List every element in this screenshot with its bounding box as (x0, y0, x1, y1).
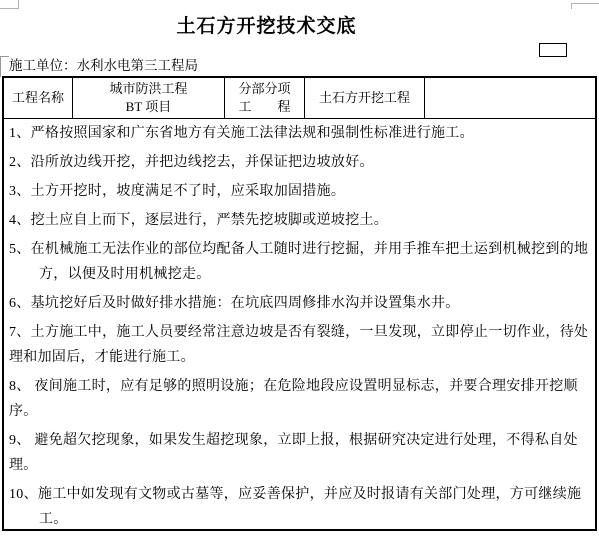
instruction-line: 5、在机械施工无法作业的部位均配备人工随时进行挖掘，并用手推车把土运到机械挖到的… (9, 237, 591, 262)
instruction-line: 2、沿所放边线开挖，并把边线挖去，并保证把边坡放好。 (9, 150, 591, 175)
document-page: 土石方开挖技术交底 施工单位：水利水电第三工程局 工程名称 城市防洪工程 BT … (0, 0, 599, 536)
division-label-cell: 分部分项 工 程 (225, 78, 305, 118)
instruction-line: 6、基坑挖好后及时做好排水措施：在坑底四周修排水沟并设置集水井。 (9, 291, 591, 316)
instruction-line: 序。 (9, 399, 591, 424)
instruction-item: 10、施工中如发现有文物或古墓等，应妥善保护，并应及时报请有关部门处理，方可继续… (9, 482, 591, 527)
border-fragment-top-right (571, 3, 599, 9)
remark-cell (425, 78, 595, 118)
instruction-item: 4、挖土应自上而下，逐层进行，严禁先挖坡脚或逆坡挖土。 (9, 208, 591, 233)
construction-unit-label: 施工单位： (9, 58, 77, 73)
project-name-value-cell: 城市防洪工程 BT 项目 (73, 78, 225, 118)
instruction-item: 5、在机械施工无法作业的部位均配备人工随时进行挖掘，并用手推车把土运到机械挖到的… (9, 237, 591, 287)
document-title: 土石方开挖技术交底 (0, 11, 533, 38)
items-list: 1、严格按照国家和广东省地方有关施工法律法规和强制性标准进行施工。2、沿所放边线… (4, 119, 595, 527)
division-label-line2: 工 程 (238, 98, 290, 116)
border-fragment-top-left (0, 0, 19, 9)
instruction-item: 6、基坑挖好后及时做好排水措施：在坑底四周修排水沟并设置集水井。 (9, 291, 591, 316)
instruction-item: 7、土方施工中，施工人员要经常注意边坡是否有裂缝，一旦发现，立即停止一切作业，待… (9, 320, 591, 370)
construction-unit-row: 施工单位：水利水电第三工程局 (9, 56, 198, 76)
instruction-item: 2、沿所放边线开挖，并把边线挖去，并保证把边坡放好。 (9, 150, 591, 175)
project-name-label-cell: 工程名称 (4, 78, 73, 118)
instruction-line: 3、土方开挖时，坡度满足不了时，应采取加固措施。 (9, 179, 591, 204)
instruction-line: 10、施工中如发现有文物或古墓等，应妥善保护，并应及时报请有关部门处理，方可继续… (9, 482, 591, 507)
border-fragment-unit-left (0, 56, 9, 77)
project-name-value-line1: 城市防洪工程 (109, 80, 187, 98)
instruction-line: 7、土方施工中，施工人员要经常注意边坡是否有裂缝，一旦发现，立即停止一切作业，待… (9, 320, 591, 345)
project-name-label: 工程名称 (12, 89, 64, 107)
instruction-line: 9、 避免超欠挖现象，如果发生超挖现象，立即上报，根据研究决定进行处理，不得私自… (9, 428, 591, 453)
stamp-box (539, 43, 567, 57)
instruction-line: 方，以便及时用机械挖走。 (9, 262, 591, 287)
instruction-item: 1、严格按照国家和广东省地方有关施工法律法规和强制性标准进行施工。 (9, 121, 591, 146)
instruction-line: 4、挖土应自上而下，逐层进行，严禁先挖坡脚或逆坡挖土。 (9, 208, 591, 233)
construction-unit-value: 水利水电第三工程局 (77, 58, 199, 73)
division-label-line1: 分部分项 (238, 80, 290, 98)
project-name-value-line2: BT 项目 (126, 98, 172, 116)
instruction-line: 理。 (9, 453, 591, 478)
instruction-item: 8、 夜间施工时，应有足够的照明设施；在危险地段应设置明显标志，并要合理安排开挖… (9, 374, 591, 424)
instruction-line: 工。 (9, 507, 591, 527)
instruction-item: 9、 避免超欠挖现象，如果发生超挖现象，立即上报，根据研究决定进行处理，不得私自… (9, 428, 591, 478)
info-table-header-row: 工程名称 城市防洪工程 BT 项目 分部分项 工 程 土石方开挖工程 (4, 78, 595, 119)
instruction-item: 3、土方开挖时，坡度满足不了时，应采取加固措施。 (9, 179, 591, 204)
division-value: 土石方开挖工程 (319, 89, 410, 107)
instruction-line: 8、 夜间施工时，应有足够的照明设施；在危险地段应设置明显标志，并要合理安排开挖… (9, 374, 591, 399)
instruction-line: 1、严格按照国家和广东省地方有关施工法律法规和强制性标准进行施工。 (9, 121, 591, 146)
info-table: 工程名称 城市防洪工程 BT 项目 分部分项 工 程 土石方开挖工程 1、严格按… (2, 76, 597, 531)
division-value-cell: 土石方开挖工程 (305, 78, 425, 118)
instruction-line: 理和加固后，才能进行施工。 (9, 345, 591, 370)
